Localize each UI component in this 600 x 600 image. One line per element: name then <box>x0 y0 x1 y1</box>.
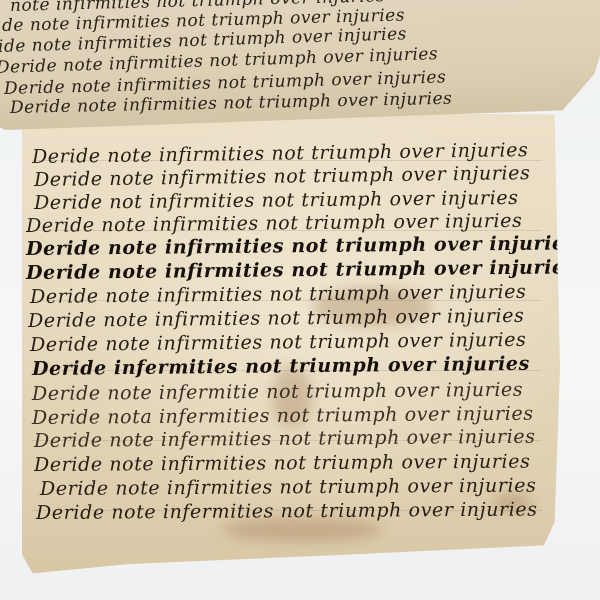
handwritten-line: Deride note infirmities not triumph over… <box>28 305 525 332</box>
photo-scene: note infirmities not triumph over injuri… <box>0 0 600 600</box>
handwritten-line: Deride note infermities not triumph over… <box>34 426 536 452</box>
handwritten-line: Deride note infirmities not triumph over… <box>26 232 576 260</box>
folded-top-page: note infirmities not triumph over injuri… <box>0 0 600 130</box>
handwritten-line: Deride note infirmities not triumph over… <box>30 329 527 356</box>
manuscript-page: Deride note infirmities not triumph over… <box>22 112 560 578</box>
handwritten-line: Deride nota infermities not triumph over… <box>32 403 534 429</box>
handwritten-line: Deride note infirmities not triumph over… <box>34 451 531 476</box>
handwritten-line: Deride note infirmities not triumph over… <box>26 256 576 284</box>
handwritten-line: Deride note infermitie not triumph over … <box>32 379 523 405</box>
handwritten-line: Deride note infirmities not triumph over… <box>40 475 537 500</box>
handwritten-line: Deride note infermities not triumph over… <box>36 498 538 524</box>
handwritten-line: Deride infermities not triumph over inju… <box>32 353 530 380</box>
handwritten-line: Deride note infirmities not triumph over… <box>30 281 527 308</box>
